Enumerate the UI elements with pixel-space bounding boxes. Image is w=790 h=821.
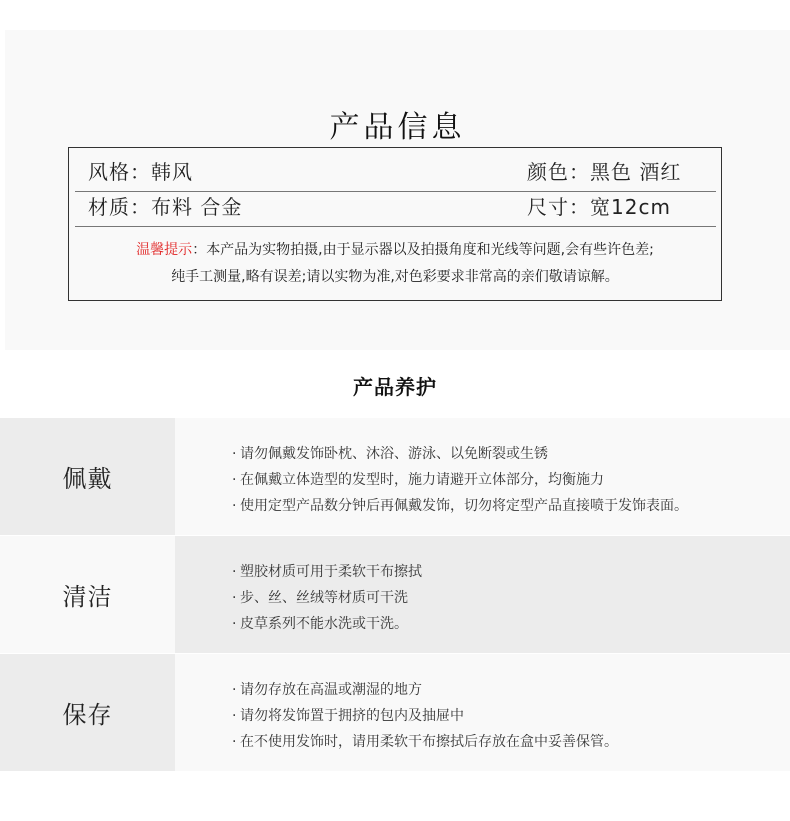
care-label-storage: 保存 — [0, 654, 175, 771]
notice: 温馨提示：本产品为实物拍摄,由于显示器以及拍摄角度和光线等问题,会有些许色差; … — [69, 237, 721, 291]
divider — [75, 226, 716, 227]
bullet-icon: · — [232, 559, 240, 585]
care-item: ·步、丝、丝绒等材质可干洗 — [232, 585, 790, 611]
bullet-icon: · — [232, 611, 240, 637]
care-item-text: 请勿佩戴发饰卧枕、沐浴、游泳、以免断裂或生锈 — [240, 446, 548, 462]
care-item: ·请勿将发饰置于拥挤的包内及抽屉中 — [232, 703, 790, 729]
care-item-text: 皮草系列不能水洗或干洗。 — [240, 616, 408, 632]
care-label-cleaning: 清洁 — [0, 536, 175, 653]
care-content-wearing: ·请勿佩戴发饰卧枕、沐浴、游泳、以免断裂或生锈 ·在佩戴立体造型的发型时，施力请… — [175, 418, 790, 535]
care-item: ·塑胶材质可用于柔软干布擦拭 — [232, 559, 790, 585]
bullet-icon: · — [232, 703, 240, 729]
care-row-storage: 保存 ·请勿存放在高温或潮湿的地方 ·请勿将发饰置于拥挤的包内及抽屉中 ·在不使… — [0, 654, 790, 771]
notice-line-2: 纯手工测量,略有误差;请以实物为准,对色彩要求非常高的亲们敬请谅解。 — [69, 264, 721, 291]
care-item-text: 请勿将发饰置于拥挤的包内及抽屉中 — [240, 708, 464, 724]
care-item: ·皮草系列不能水洗或干洗。 — [232, 611, 790, 637]
notice-text-1: 本产品为实物拍摄,由于显示器以及拍摄角度和光线等问题,会有些许色差; — [206, 242, 654, 258]
spec-style: 风格：韩风 — [88, 156, 193, 185]
product-info-box: 风格：韩风 颜色：黑色 酒红 材质：布料 合金 尺寸：宽12cm 温馨提示：本产… — [68, 147, 722, 301]
care-item-text: 步、丝、丝绒等材质可干洗 — [240, 590, 408, 606]
spec-material: 材质：布料 合金 — [88, 191, 242, 220]
spec-color: 颜色：黑色 酒红 — [527, 156, 681, 185]
notice-label: 温馨提示 — [136, 242, 192, 258]
care-item: ·请勿佩戴发饰卧枕、沐浴、游泳、以免断裂或生锈 — [232, 441, 790, 467]
spec-size: 尺寸：宽12cm — [527, 191, 671, 220]
bullet-icon: · — [232, 585, 240, 611]
product-info-title: 产品信息 — [5, 102, 790, 146]
bullet-icon: · — [232, 493, 240, 519]
care-item: ·在佩戴立体造型的发型时，施力请避开立体部分，均衡施力 — [232, 467, 790, 493]
care-item-text: 在不使用发饰时，请用柔软干布擦拭后存放在盒中妥善保管。 — [240, 734, 618, 750]
spec-row-material-size: 材质：布料 合金 尺寸：宽12cm — [69, 191, 721, 225]
bullet-icon: · — [232, 677, 240, 703]
bullet-icon: · — [232, 467, 240, 493]
care-label-wearing: 佩戴 — [0, 418, 175, 535]
care-title: 产品养护 — [0, 371, 790, 400]
care-item-text: 在佩戴立体造型的发型时，施力请避开立体部分，均衡施力 — [240, 472, 604, 488]
notice-line-1: 温馨提示：本产品为实物拍摄,由于显示器以及拍摄角度和光线等问题,会有些许色差; — [69, 237, 721, 264]
care-row-wearing: 佩戴 ·请勿佩戴发饰卧枕、沐浴、游泳、以免断裂或生锈 ·在佩戴立体造型的发型时，… — [0, 418, 790, 535]
care-row-cleaning: 清洁 ·塑胶材质可用于柔软干布擦拭 ·步、丝、丝绒等材质可干洗 ·皮草系列不能水… — [0, 536, 790, 653]
care-item-text: 塑胶材质可用于柔软干布擦拭 — [240, 564, 422, 580]
notice-colon: ： — [192, 242, 206, 258]
bullet-icon: · — [232, 729, 240, 755]
spec-row-style-color: 风格：韩风 颜色：黑色 酒红 — [69, 156, 721, 190]
care-item: ·在不使用发饰时，请用柔软干布擦拭后存放在盒中妥善保管。 — [232, 729, 790, 755]
product-info-panel: 产品信息 风格：韩风 颜色：黑色 酒红 材质：布料 合金 尺寸：宽12cm 温馨… — [5, 30, 790, 350]
bullet-icon: · — [232, 441, 240, 467]
care-item-text: 使用定型产品数分钟后再佩戴发饰，切勿将定型产品直接喷于发饰表面。 — [240, 498, 688, 514]
care-item: ·请勿存放在高温或潮湿的地方 — [232, 677, 790, 703]
care-content-storage: ·请勿存放在高温或潮湿的地方 ·请勿将发饰置于拥挤的包内及抽屉中 ·在不使用发饰… — [175, 654, 790, 771]
care-item-text: 请勿存放在高温或潮湿的地方 — [240, 682, 422, 698]
care-item: ·使用定型产品数分钟后再佩戴发饰，切勿将定型产品直接喷于发饰表面。 — [232, 493, 790, 519]
care-content-cleaning: ·塑胶材质可用于柔软干布擦拭 ·步、丝、丝绒等材质可干洗 ·皮草系列不能水洗或干… — [175, 536, 790, 653]
